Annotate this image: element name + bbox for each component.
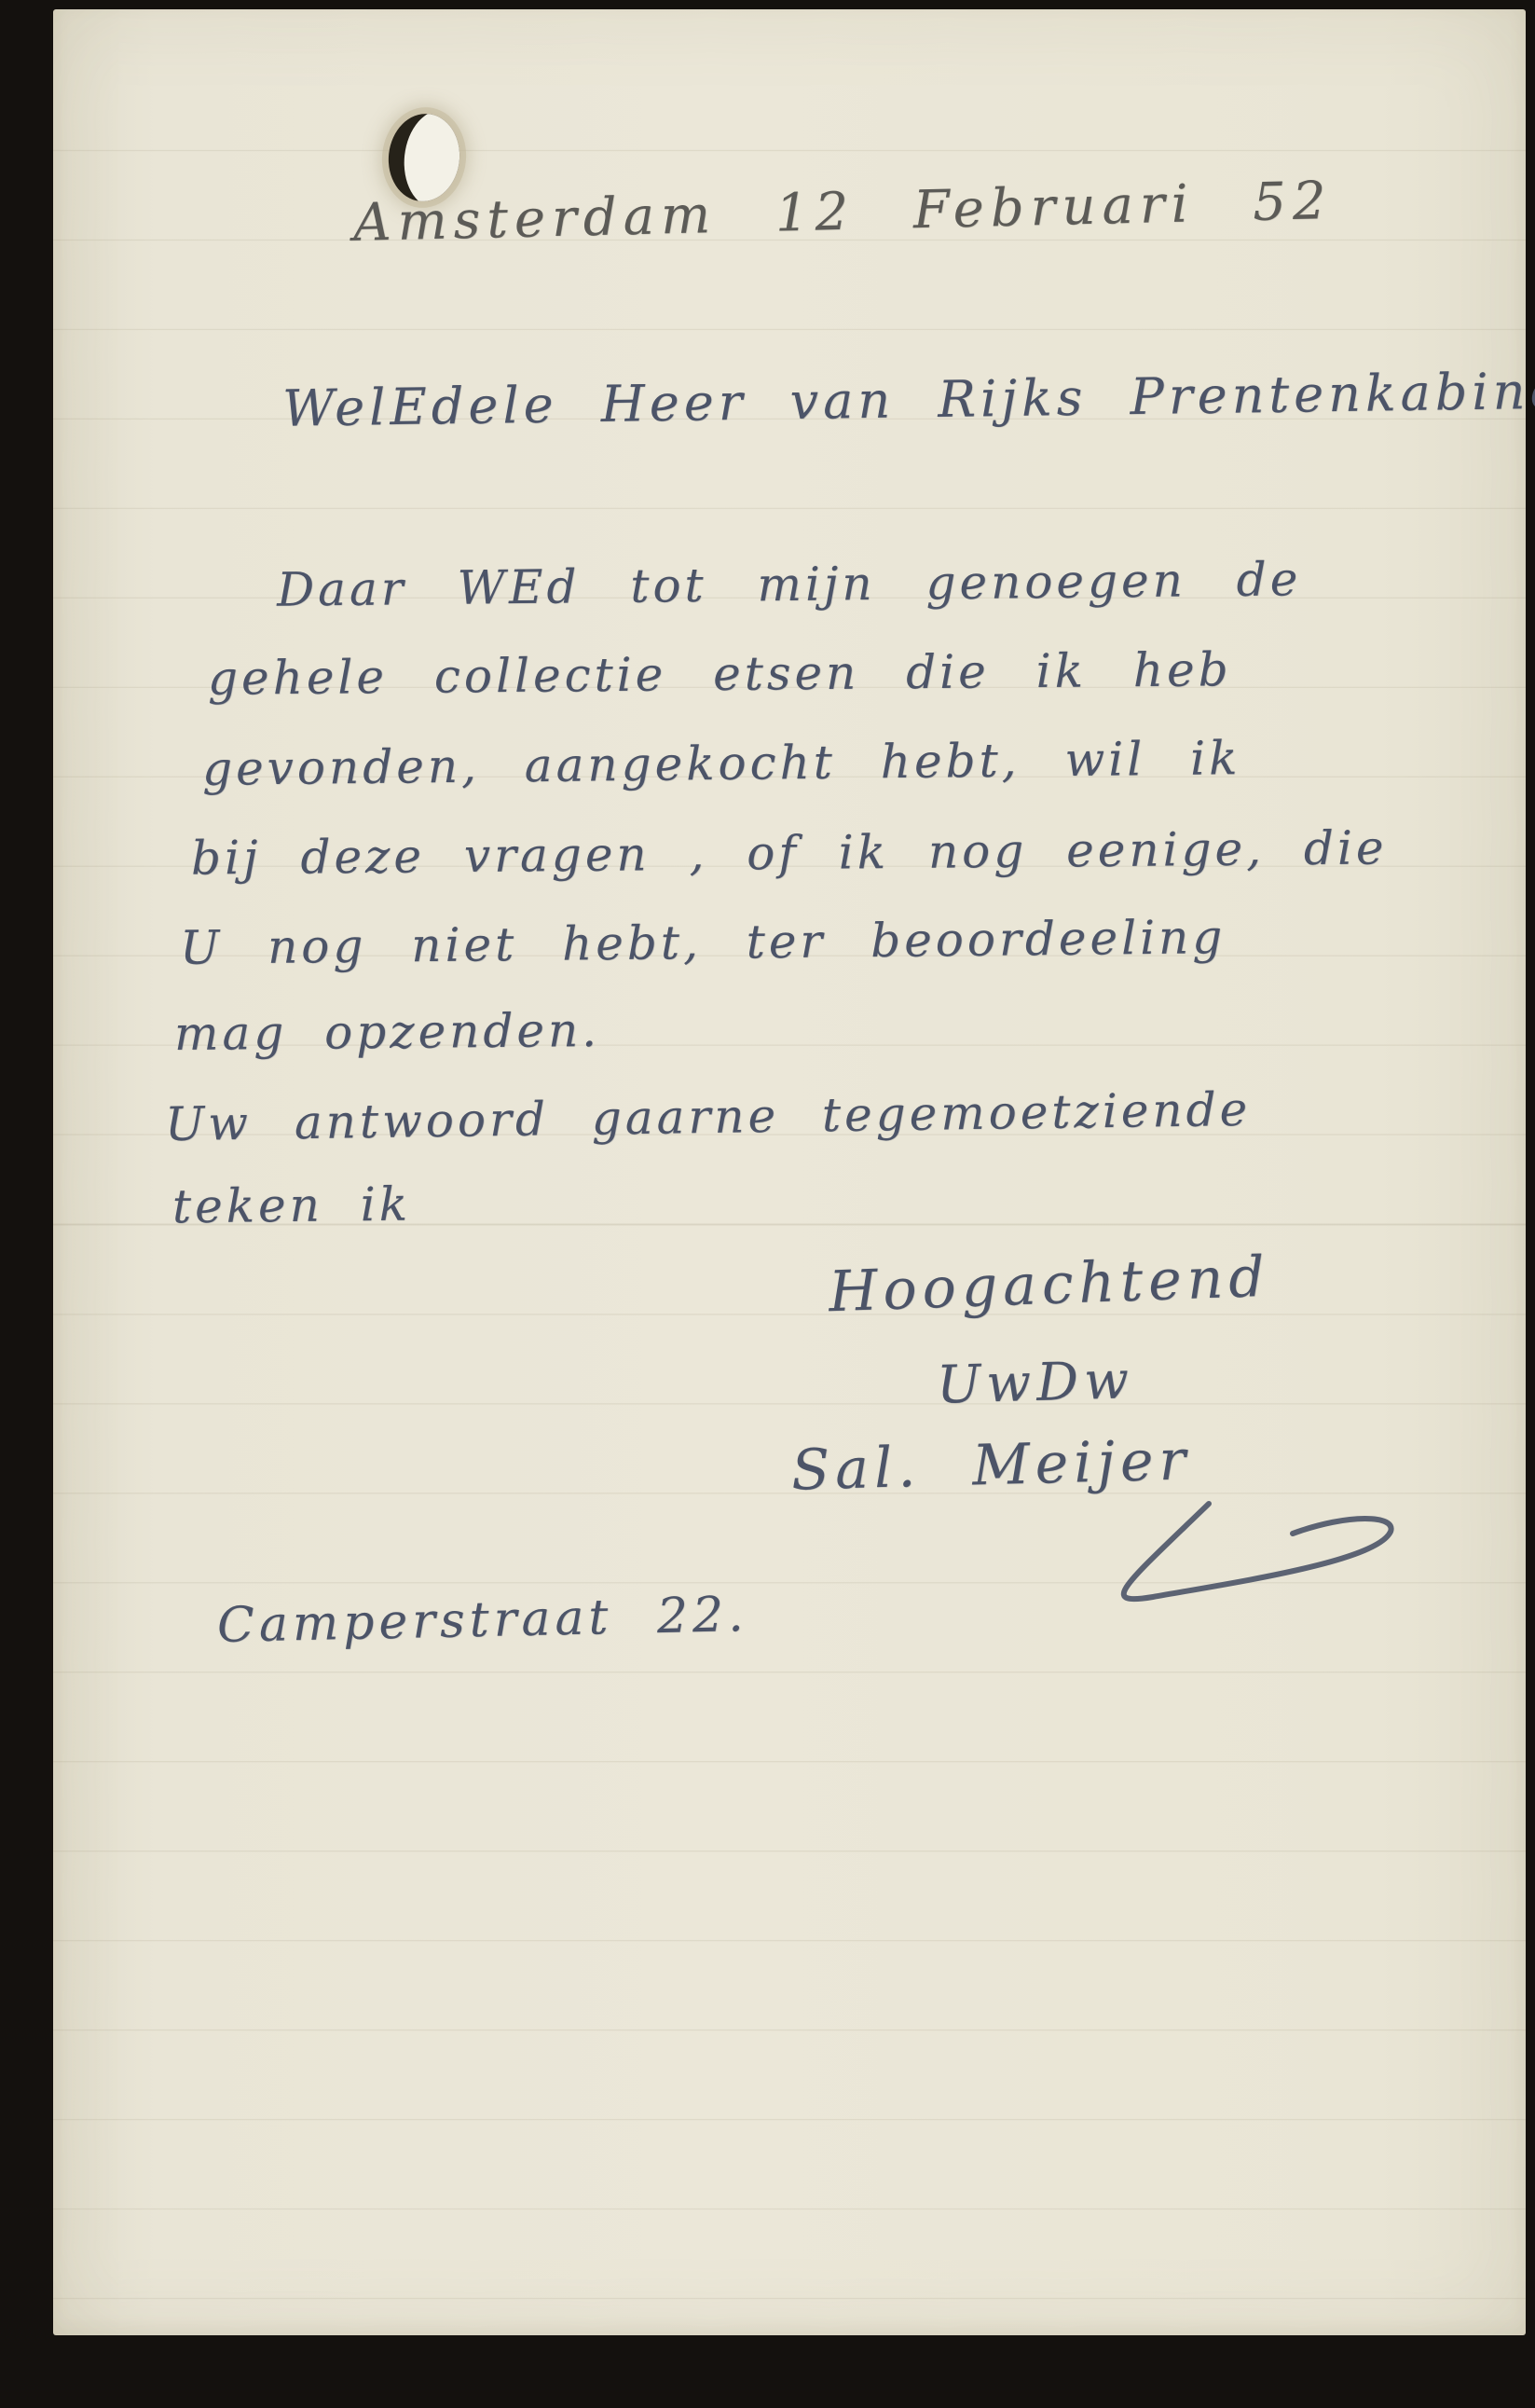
body-line: teken ik bbox=[172, 1181, 411, 1231]
signature: Sal. Meijer bbox=[790, 1432, 1192, 1498]
address-line: Camperstraat 22. bbox=[217, 1590, 749, 1650]
body-line: Uw antwoord gaarne tegemoetziende bbox=[165, 1086, 1252, 1148]
closing-line: Hoogachtend bbox=[828, 1249, 1270, 1320]
scanned-letter: { "scan": { "background_color": "#14110e… bbox=[0, 0, 1535, 2408]
body-line: gehele collectie etsen die ik heb bbox=[208, 646, 1232, 702]
body-line: bij deze vragen , of ik nog eenige, die bbox=[191, 824, 1388, 881]
body-line: mag opzenden. bbox=[174, 1007, 600, 1057]
body-line: Daar WEd tot mijn genoegen de bbox=[277, 556, 1302, 613]
signature-flourish bbox=[1069, 1496, 1405, 1608]
ruled-lines bbox=[53, 9, 1526, 2335]
body-line: gevonden, aangekocht hebt, wil ik bbox=[202, 735, 1241, 792]
letter-paper: Amsterdam 12 Februari 52 WelEdele Heer v… bbox=[53, 9, 1526, 2335]
body-line: U nog niet hebt, ter beoordeeling bbox=[180, 914, 1227, 971]
closing-line: UwDw bbox=[936, 1355, 1134, 1412]
